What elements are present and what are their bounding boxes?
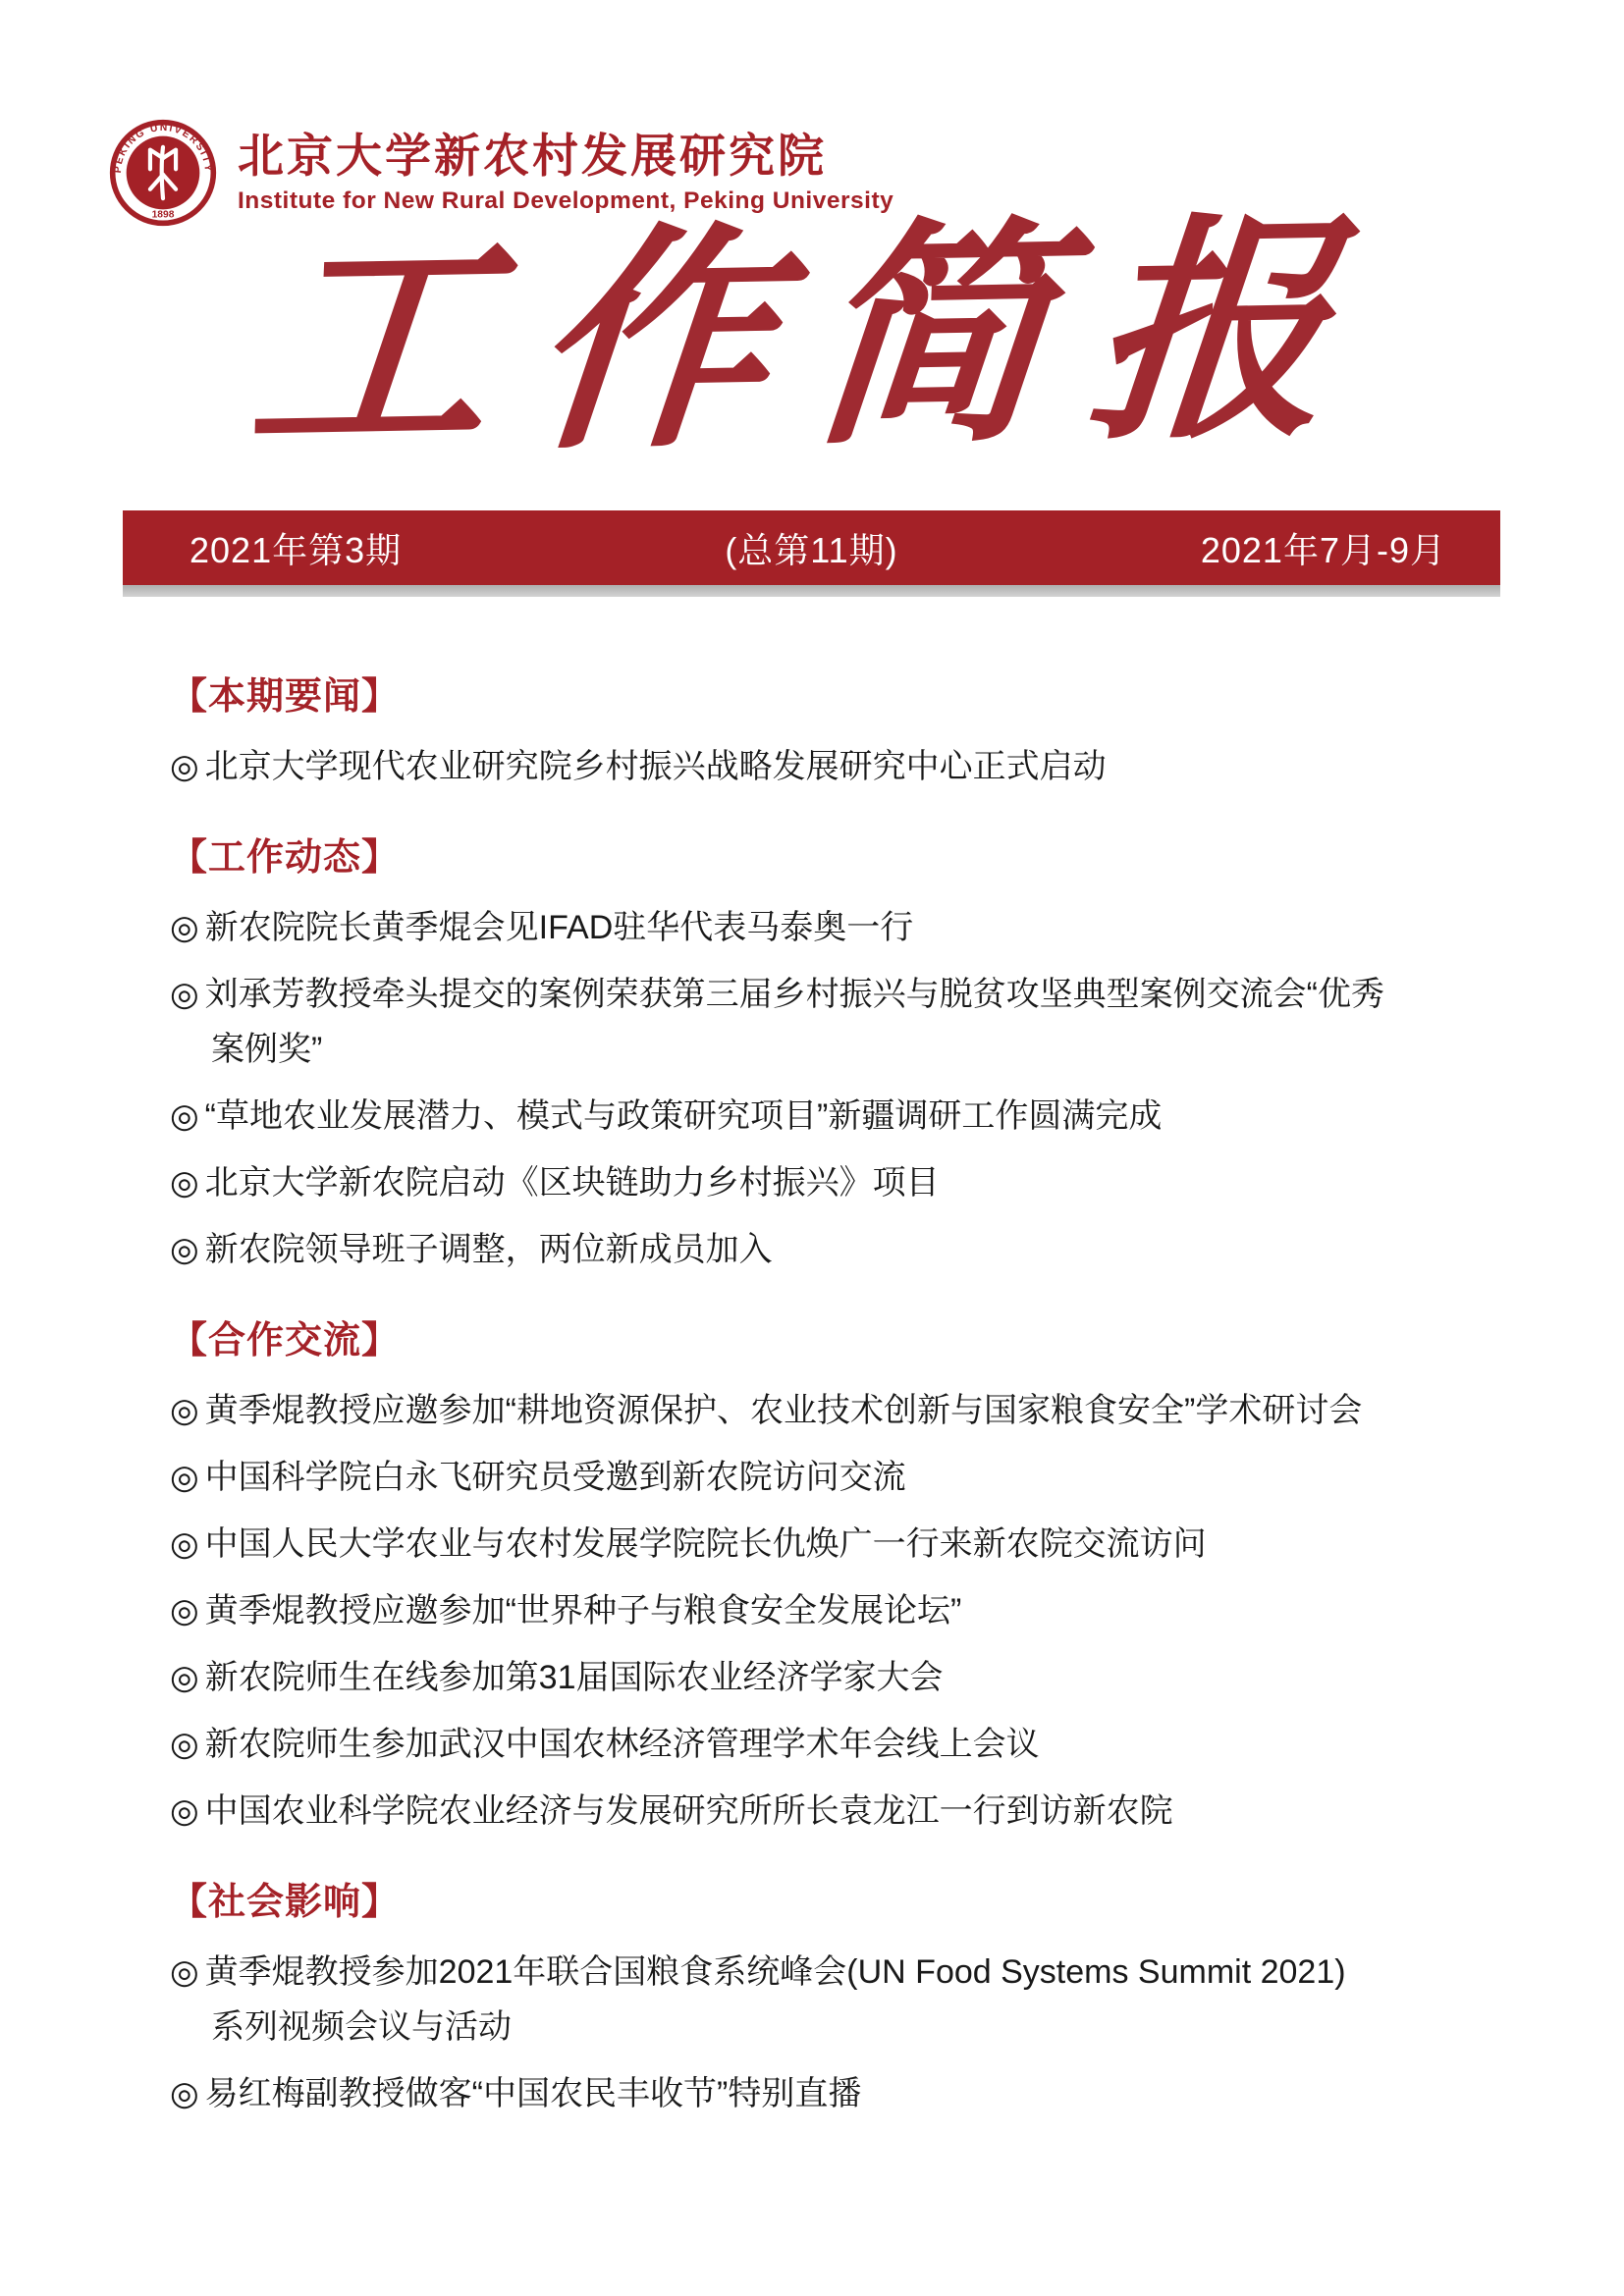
item-text: 黄季焜教授应邀参加“耕地资源保护、农业技术创新与国家粮食安全”学术研讨会 xyxy=(205,1392,1363,1429)
bulletin-item: ◎中国农业科学院农业经济与发展研究所所长袁龙江一行到访新农院 xyxy=(170,1784,1535,1839)
section-heading: 【合作交流】 xyxy=(170,1322,1535,1360)
bulletin-item: ◎中国人民大学农业与农村发展学院院长仇焕广一行来新农院交流访问 xyxy=(170,1517,1535,1572)
section-heading: 【工作动态】 xyxy=(170,839,1535,877)
item-text: 新农院师生参加武汉中国农林经济管理学术年会线上会议 xyxy=(205,1726,1040,1763)
bullet-icon: ◎ xyxy=(170,1659,199,1696)
bullet-icon: ◎ xyxy=(170,1525,199,1563)
bullet-icon: ◎ xyxy=(170,1792,199,1830)
item-text: 北京大学现代农业研究院乡村振兴战略发展研究中心正式启动 xyxy=(205,748,1107,785)
bullet-icon: ◎ xyxy=(170,1164,199,1201)
bullet-icon: ◎ xyxy=(170,1231,199,1268)
bulletin-item: ◎“草地农业发展潜力、模式与政策研究项目”新疆调研工作圆满完成 xyxy=(170,1089,1535,1144)
bullet-icon: ◎ xyxy=(170,1726,199,1763)
bulletin-item: ◎中国科学院白永飞研究员受邀到新农院访问交流 xyxy=(170,1450,1535,1505)
institute-name-cn: 北京大学新农村发展研究院 xyxy=(238,131,893,182)
item-text: 新农院院长黄季焜会见IFAD驻华代表马泰奥一行 xyxy=(205,909,914,946)
item-text: 新农院领导班子调整，两位新成员加入 xyxy=(205,1231,773,1268)
item-text: 黄季焜教授应邀参加“世界种子与粮食安全发展论坛” xyxy=(205,1592,962,1629)
bulletin-item: ◎黄季焜教授应邀参加“耕地资源保护、农业技术创新与国家粮食安全”学术研讨会 xyxy=(170,1383,1535,1438)
bullet-icon: ◎ xyxy=(170,1953,199,1991)
bulletin-item: ◎易红梅副教授做客“中国农民丰收节”特别直播 xyxy=(170,2066,1535,2121)
pku-seal-icon: PEKING UNIVERSITY 1898 xyxy=(108,118,218,228)
section-heading: 【本期要闻】 xyxy=(170,678,1535,716)
item-text: “草地农业发展潜力、模式与政策研究项目”新疆调研工作圆满完成 xyxy=(205,1097,1163,1135)
bullet-icon: ◎ xyxy=(170,1392,199,1429)
bullet-icon: ◎ xyxy=(170,1097,199,1135)
bullet-icon: ◎ xyxy=(170,748,199,785)
bulletin-item: ◎新农院师生参加武汉中国农林经济管理学术年会线上会议 xyxy=(170,1717,1535,1772)
issue-bar: 2021年第3期 (总第11期) 2021年7月-9月 xyxy=(123,510,1500,585)
bullet-icon: ◎ xyxy=(170,1592,199,1629)
issue-volume: (总第11期) xyxy=(577,523,1046,573)
issue-period: 2021年7月-9月 xyxy=(1046,523,1500,573)
newsletter-page: PEKING UNIVERSITY 1898 北京大学新农村发展研究院 Inst… xyxy=(0,0,1624,2296)
bullet-icon: ◎ xyxy=(170,2075,199,2112)
bulletin-item: ◎新农院院长黄季焜会见IFAD驻华代表马泰奥一行 xyxy=(170,900,1535,955)
item-text: 北京大学新农院启动《区块链助力乡村振兴》项目 xyxy=(205,1164,940,1201)
bullet-icon: ◎ xyxy=(170,909,199,946)
bulletin-contents: 【本期要闻】◎北京大学现代农业研究院乡村振兴战略发展研究中心正式启动【工作动态】… xyxy=(170,651,1535,2133)
item-text: 中国农业科学院农业经济与发展研究所所长袁龙江一行到访新农院 xyxy=(205,1792,1173,1830)
item-text: 中国人民大学农业与农村发展学院院长仇焕广一行来新农院交流访问 xyxy=(205,1525,1207,1563)
bullet-icon: ◎ xyxy=(170,976,199,1013)
masthead-title: 工作简报 xyxy=(0,194,1624,484)
item-text: 中国科学院白永飞研究员受邀到新农院访问交流 xyxy=(205,1459,906,1496)
section-heading: 【社会影响】 xyxy=(170,1884,1535,1921)
bulletin-item: ◎北京大学新农院启动《区块链助力乡村振兴》项目 xyxy=(170,1155,1535,1210)
issue-bar-shadow xyxy=(123,585,1500,597)
issue-number: 2021年第3期 xyxy=(123,523,577,573)
item-text: 黄季焜教授参加2021年联合国粮食系统峰会(UN Food Systems Su… xyxy=(205,1953,1346,2046)
bullet-icon: ◎ xyxy=(170,1459,199,1496)
bulletin-item: ◎新农院师生在线参加第31届国际农业经济学家大会 xyxy=(170,1650,1535,1705)
bulletin-item: ◎北京大学现代农业研究院乡村振兴战略发展研究中心正式启动 xyxy=(170,739,1535,794)
item-text: 易红梅副教授做客“中国农民丰收节”特别直播 xyxy=(205,2075,862,2112)
bulletin-item: ◎新农院领导班子调整，两位新成员加入 xyxy=(170,1222,1535,1277)
bulletin-item: ◎刘承芳教授牵头提交的案例荣获第三届乡村振兴与脱贫攻坚典型案例交流会“优秀 案例… xyxy=(170,967,1535,1077)
bulletin-item: ◎黄季焜教授参加2021年联合国粮食系统峰会(UN Food Systems S… xyxy=(170,1945,1535,2055)
item-text: 刘承芳教授牵头提交的案例荣获第三届乡村振兴与脱贫攻坚典型案例交流会“优秀 案例奖… xyxy=(205,976,1384,1068)
item-text: 新农院师生在线参加第31届国际农业经济学家大会 xyxy=(205,1659,944,1696)
bulletin-item: ◎黄季焜教授应邀参加“世界种子与粮食安全发展论坛” xyxy=(170,1583,1535,1638)
